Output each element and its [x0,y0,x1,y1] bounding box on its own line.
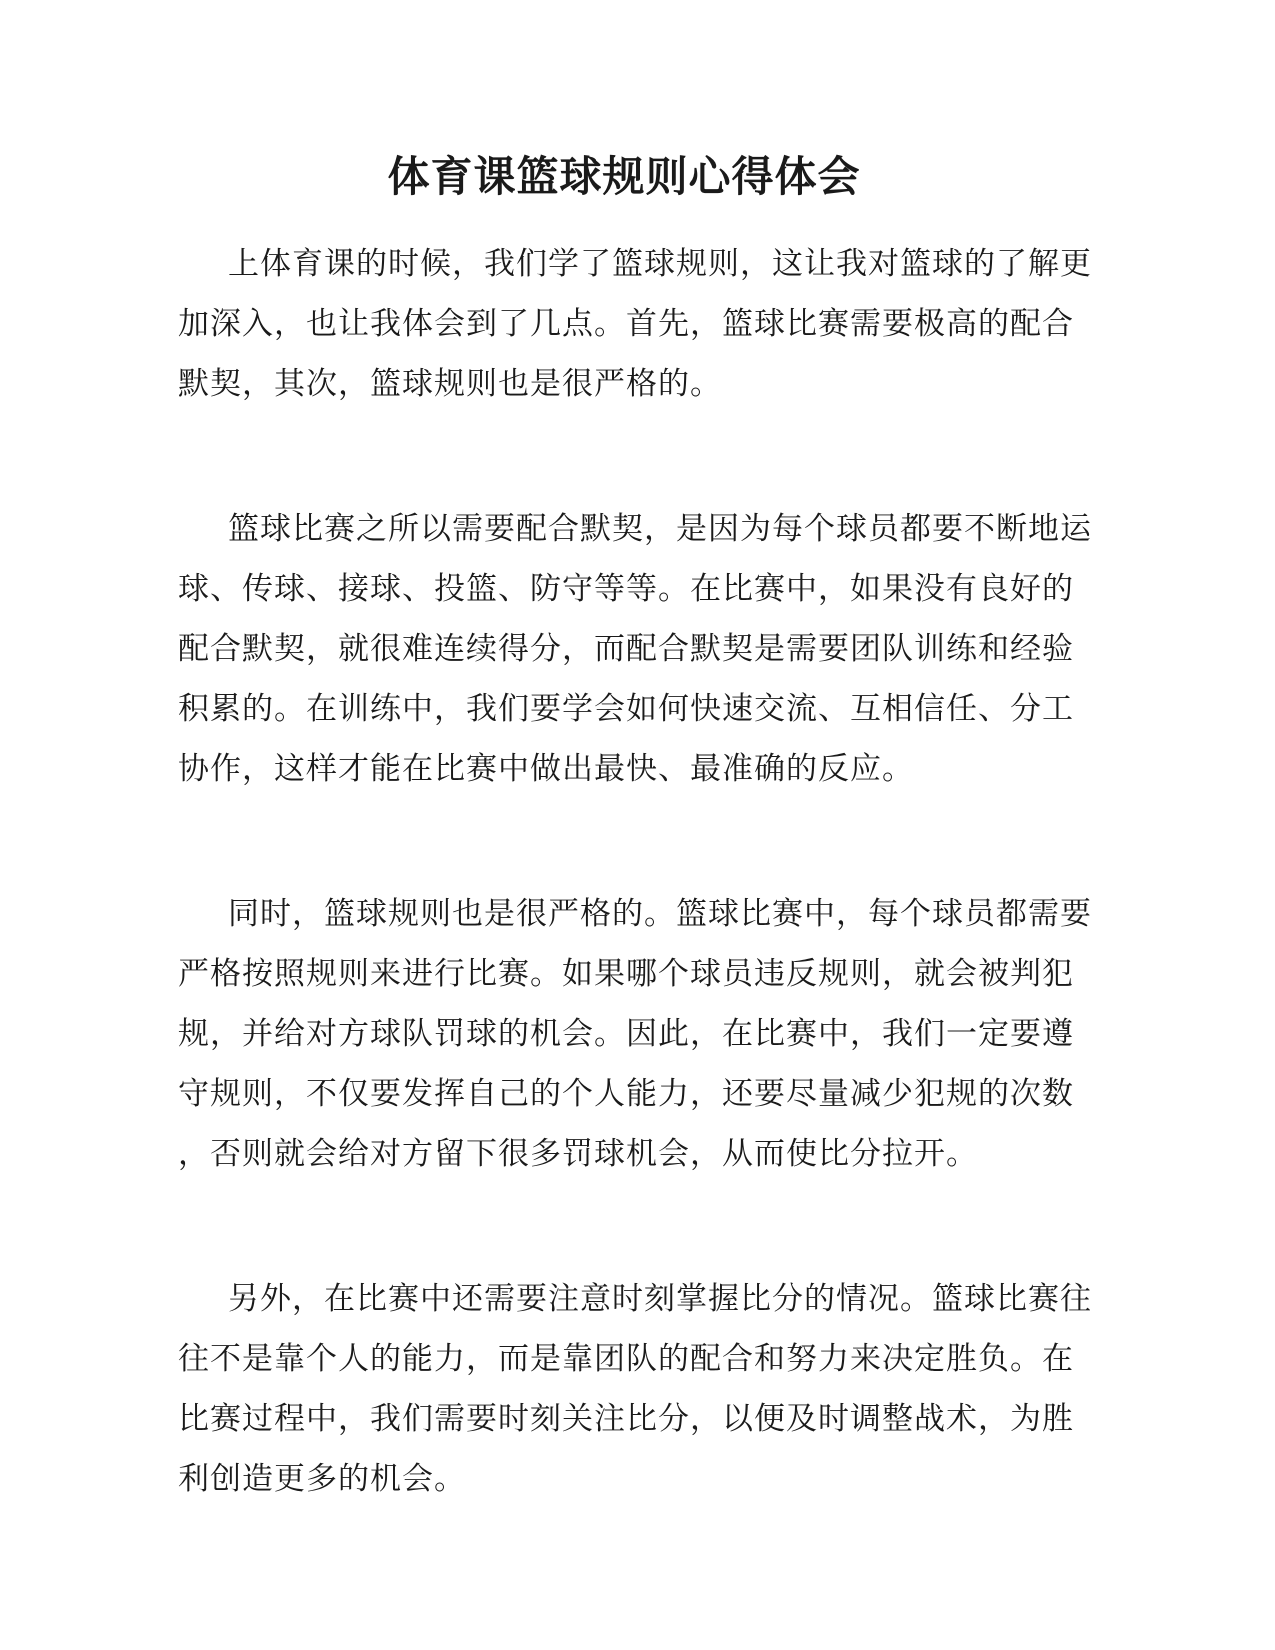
text-line: 协作，这样才能在比赛中做出最快、最准确的反应。 [178,739,1070,799]
text-line: 利创造更多的机会。 [178,1449,1070,1509]
document-page: 体育课篮球规则心得体会 上体育课的时候，我们学了篮球规则，这让我对篮球的了解更 … [0,0,1275,1650]
document-content: 体育课篮球规则心得体会 上体育课的时候，我们学了篮球规则，这让我对篮球的了解更 … [178,148,1070,1509]
text-line: 规，并给对方球队罚球的机会。因此，在比赛中，我们一定要遵 [178,1004,1070,1064]
text-line: 严格按照规则来进行比赛。如果哪个球员违反规则，就会被判犯 [178,944,1070,1004]
text-line: 比赛过程中，我们需要时刻关注比分，以便及时调整战术，为胜 [178,1389,1070,1449]
text-line: 默契，其次，篮球规则也是很严格的。 [178,354,1070,414]
text-line: 往不是靠个人的能力，而是靠团队的配合和努力来决定胜负。在 [178,1329,1070,1389]
text-line: 篮球比赛之所以需要配合默契，是因为每个球员都要不断地运 [178,499,1070,559]
document-title: 体育课篮球规则心得体会 [178,148,1070,208]
text-line: 球、传球、接球、投篮、防守等等。在比赛中，如果没有良好的 [178,559,1070,619]
text-line: 积累的。在训练中，我们要学会如何快速交流、互相信任、分工 [178,679,1070,739]
text-line: 上体育课的时候，我们学了篮球规则，这让我对篮球的了解更 [178,234,1070,294]
paragraph-score: 另外，在比赛中还需要注意时刻掌握比分的情况。篮球比赛往 往不是靠个人的能力，而是… [178,1269,1070,1509]
text-line: 守规则，不仅要发挥自己的个人能力，还要尽量减少犯规的次数 [178,1064,1070,1124]
text-line: 配合默契，就很难连续得分，而配合默契是需要团队训练和经验 [178,619,1070,679]
text-line: 同时，篮球规则也是很严格的。篮球比赛中，每个球员都需要 [178,884,1070,944]
paragraph-intro: 上体育课的时候，我们学了篮球规则，这让我对篮球的了解更 加深入，也让我体会到了几… [178,234,1070,414]
paragraph-teamwork: 篮球比赛之所以需要配合默契，是因为每个球员都要不断地运 球、传球、接球、投篮、防… [178,499,1070,799]
text-line: 另外，在比赛中还需要注意时刻掌握比分的情况。篮球比赛往 [178,1269,1070,1329]
paragraph-rules: 同时，篮球规则也是很严格的。篮球比赛中，每个球员都需要 严格按照规则来进行比赛。… [178,884,1070,1184]
text-line: 加深入，也让我体会到了几点。首先，篮球比赛需要极高的配合 [178,294,1070,354]
text-line: ，否则就会给对方留下很多罚球机会，从而使比分拉开。 [178,1124,1070,1184]
